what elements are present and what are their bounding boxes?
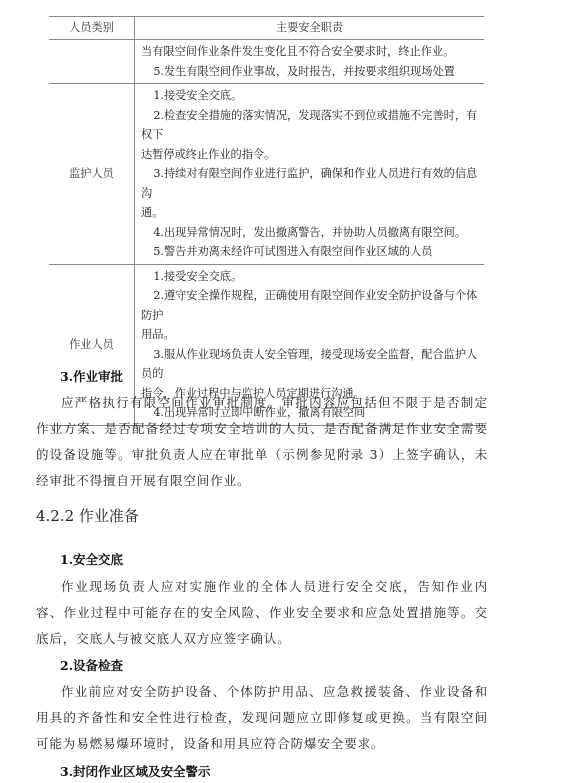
- category-cell: [49, 40, 135, 84]
- duty-line: 2.遵守安全操作规程，正确使用有限空间作业安全防护设备与个体防护: [141, 286, 484, 325]
- preparation-section: 4.2.2 作业准备: [36, 505, 488, 527]
- duty-line: 3.持续对有限空间作业进行监护，确保和作业人员进行有效的信息沟: [141, 164, 484, 203]
- duty-line: 通。: [141, 203, 484, 223]
- approval-paragraph: 应严格执行有限空间作业审批制度。审批内容应包括但不限于是否制定作业方案、是否配备…: [36, 390, 488, 494]
- table-row: 当有限空间作业条件发生变化且不符合安全要求时，终止作业。 5.发生有限空间作业事…: [49, 40, 484, 84]
- closed-area-warning-heading: 3.封闭作业区域及安全警示: [36, 762, 488, 782]
- approval-heading: 3.作业审批: [36, 367, 488, 387]
- duty-line: 5.发生有限空间作业事故，及时报告，并按要求组织现场处置: [141, 62, 484, 82]
- duty-line: 5.警告并劝离未经许可试图进入有限空间作业区域的人员: [141, 242, 484, 262]
- equipment-check-section: 2.设备检查 作业前应对安全防护设备、个体防护用品、应急救援装备、作业设备和用具…: [36, 656, 488, 757]
- table-row: 监护人员 1.接受安全交底。 2.检查安全措施的落实情况，发现落实不到位或措施不…: [49, 84, 484, 265]
- duty-line: 1.接受安全交底。: [141, 267, 484, 287]
- duty-line: 用品。: [141, 325, 484, 345]
- table-header-row: 人员类别 主要安全职责: [49, 17, 484, 40]
- duties-cell: 1.接受安全交底。 2.检查安全措施的落实情况，发现落实不到位或措施不完善时，有…: [135, 84, 485, 265]
- category-cell: 监护人员: [49, 84, 135, 265]
- header-personnel-category: 人员类别: [49, 17, 135, 40]
- safety-briefing-section: 1.安全交底 作业现场负责人应对实施作业的全体人员进行安全交底，告知作业内容、作…: [36, 550, 488, 652]
- header-main-safety-duties: 主要安全职责: [135, 17, 485, 40]
- safety-duties-table: 人员类别 主要安全职责 当有限空间作业条件发生变化且不符合安全要求时，终止作业。…: [49, 16, 484, 426]
- category-label: 监护人员: [69, 167, 114, 180]
- equipment-check-heading: 2.设备检查: [36, 656, 488, 676]
- approval-section: 3.作业审批 应严格执行有限空间作业审批制度。审批内容应包括但不限于是否制定作业…: [36, 367, 488, 494]
- duty-line: 4.出现异常情况时，发出撤离警告，并协助人员撤离有限空间。: [141, 223, 484, 243]
- safety-briefing-heading: 1.安全交底: [36, 550, 488, 570]
- duty-line: 2.检查安全措施的落实情况，发现落实不到位或措施不完善时，有权下: [141, 106, 484, 145]
- duty-line: 当有限空间作业条件发生变化且不符合安全要求时，终止作业。: [141, 42, 484, 62]
- category-label: 作业人员: [69, 338, 114, 351]
- subsection-title: 4.2.2 作业准备: [36, 505, 488, 527]
- closed-area-warning-section: 3.封闭作业区域及安全警示: [36, 762, 488, 782]
- safety-briefing-paragraph: 作业现场负责人应对实施作业的全体人员进行安全交底，告知作业内容、作业过程中可能存…: [36, 574, 488, 652]
- document-page: 人员类别 主要安全职责 当有限空间作业条件发生变化且不符合安全要求时，终止作业。…: [0, 0, 582, 783]
- duties-cell: 当有限空间作业条件发生变化且不符合安全要求时，终止作业。 5.发生有限空间作业事…: [135, 40, 485, 84]
- duty-line: 达暂停或终止作业的指令。: [141, 145, 484, 165]
- equipment-check-paragraph: 作业前应对安全防护设备、个体防护用品、应急救援装备、作业设备和用具的齐备性和安全…: [36, 679, 488, 757]
- duty-line: 1.接受安全交底。: [141, 86, 484, 106]
